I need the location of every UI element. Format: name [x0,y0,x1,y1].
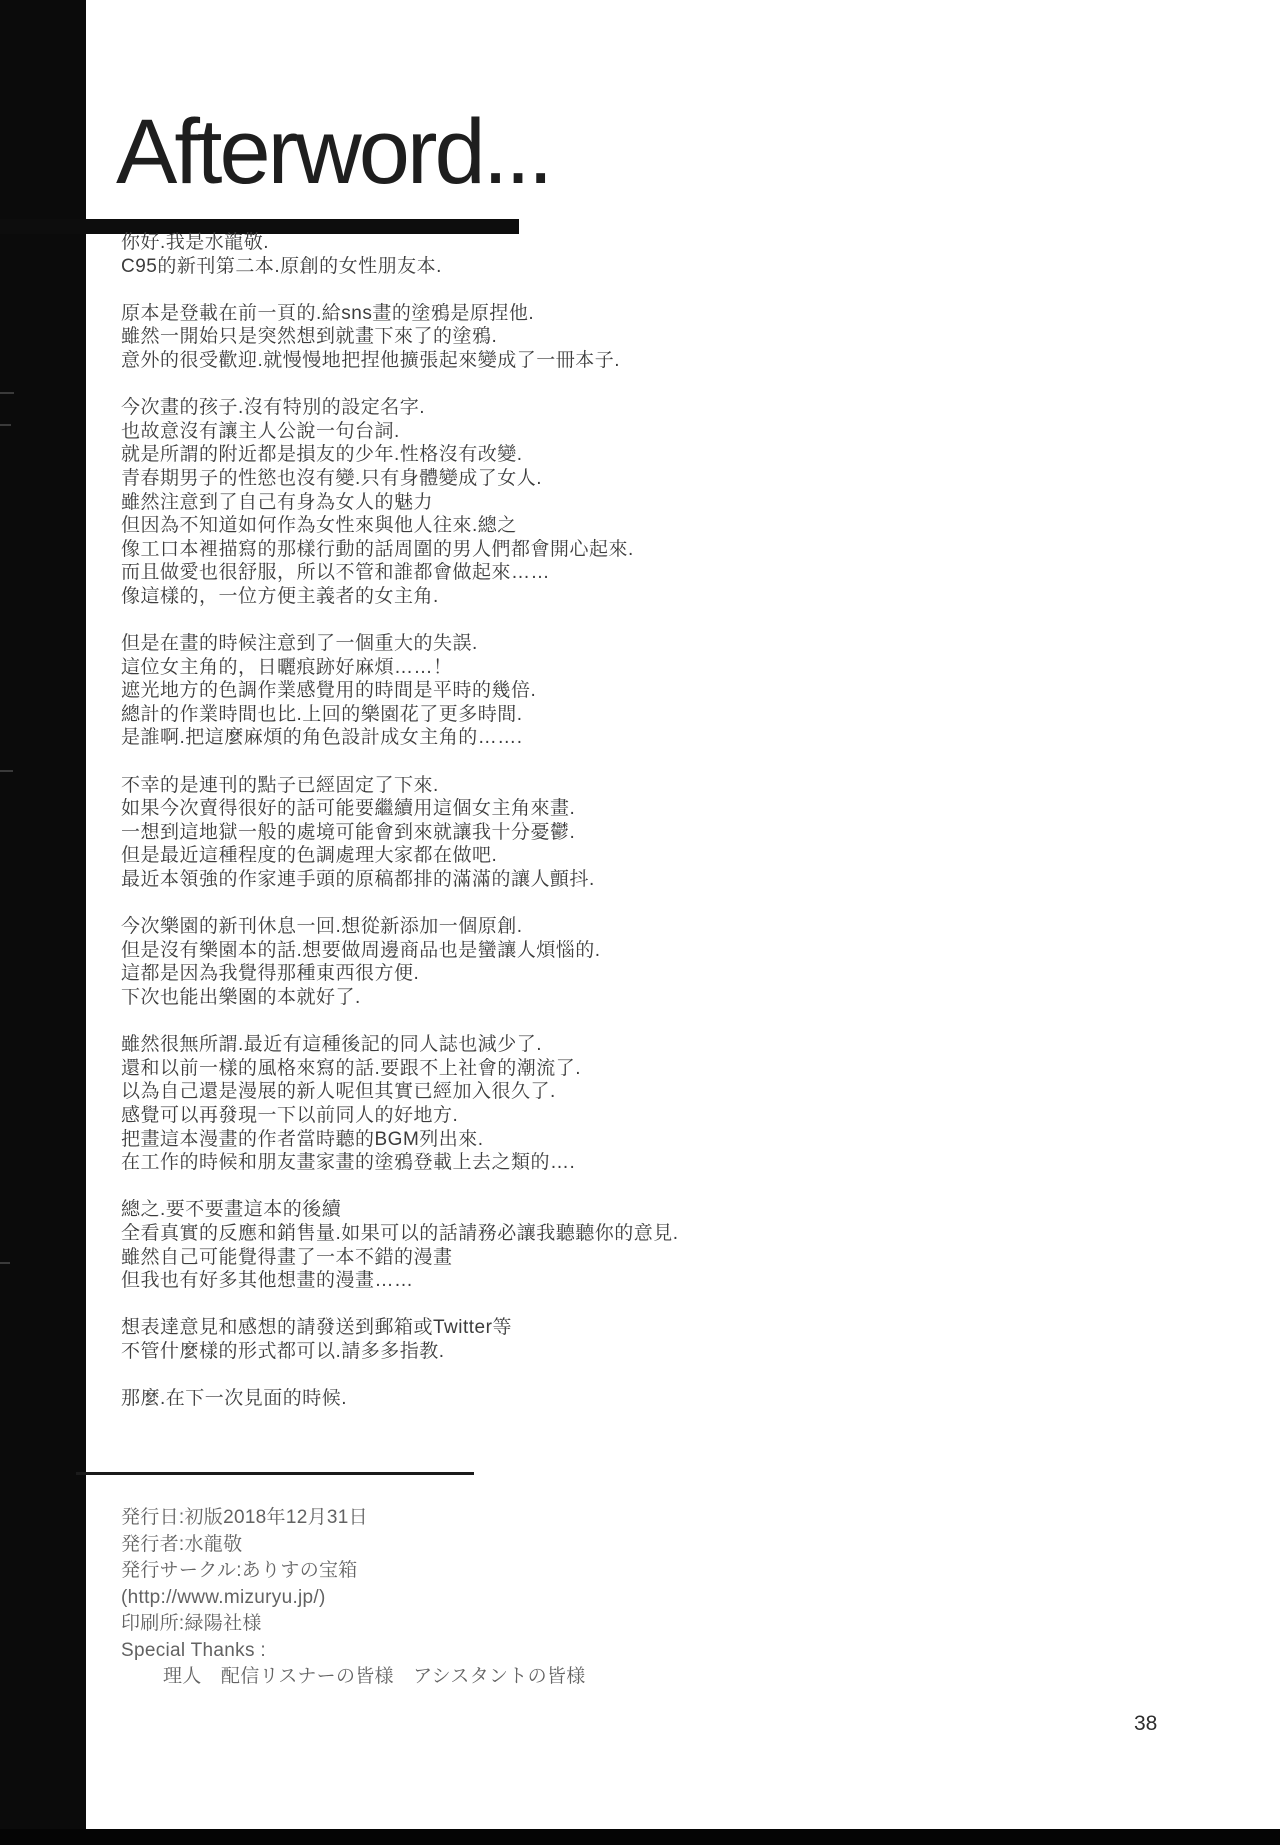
afterword-line: 但我也有好多其他想畫的漫畫…… [121,1269,1101,1293]
afterword-line: C95的新刊第二本.原創的女性朋友本. [121,255,1101,279]
colophon-line: 発行サークル:ありすの宝箱 [121,1558,821,1585]
page-number: 38 [1134,1712,1157,1736]
afterword-line: 這都是因為我覺得那種東西很方便. [121,962,1101,986]
afterword-line: 原本是登載在前一頁的.給sns畫的塗鴉是原捏他. [121,302,1101,326]
afterword-line: 意外的很受歡迎.就慢慢地把捏他擴張起來變成了一冊本子. [121,349,1101,373]
colophon-thanks-line: 理人 配信リスナーの皆様 アシスタントの皆様 [121,1664,821,1691]
afterword-line: 把畫這本漫畫的作者當時聽的BGM列出來. [121,1128,1101,1152]
afterword-line: 但是最近這種程度的色調處理大家都在做吧. [121,844,1101,868]
afterword-line: 是誰啊.把這麼麻煩的角色設計成女主角的……. [121,726,1101,750]
afterword-line: 雖然自己可能覺得畫了一本不錯的漫畫 [121,1246,1101,1270]
colophon-divider-line [76,1472,474,1475]
afterword-paragraph: 那麼.在下一次見面的時候. [121,1387,1101,1411]
afterword-body: 你好.我是水龍敬. C95的新刊第二本.原創的女性朋友本. 原本是登載在前一頁的… [121,231,1101,1434]
afterword-line: 下次也能出樂園的本就好了. [121,986,1101,1010]
afterword-line: 一想到這地獄一般的處境可能會到來就讓我十分憂鬱. [121,821,1101,845]
colophon-line: 発行日:初版2018年12月31日 [121,1505,821,1532]
colophon-website-line: (http://www.mizuryu.jp/) [121,1585,821,1612]
afterword-paragraph: 今次畫的孩子.沒有特別的設定名字. 也故意沒有讓主人公說一句台詞. 就是所謂的附… [121,396,1101,608]
afterword-line: 還和以前一樣的風格來寫的話.要跟不上社會的潮流了. [121,1057,1101,1081]
afterword-paragraph: 雖然很無所謂.最近有這種後記的同人誌也減少了. 還和以前一樣的風格來寫的話.要跟… [121,1033,1101,1175]
afterword-line: 不幸的是連刊的點子已經固定了下來. [121,774,1101,798]
afterword-line: 最近本領強的作家連手頭的原稿都排的滿滿的讓人顫抖. [121,868,1101,892]
afterword-line: 想表達意見和感想的請發送到郵箱或Twitter等 [121,1316,1101,1340]
afterword-line: 雖然一開始只是突然想到就畫下來了的塗鴉. [121,325,1101,349]
afterword-line: 像這樣的，一位方便主義者的女主角. [121,585,1101,609]
afterword-paragraph: 總之.要不要畫這本的後續 全看真實的反應和銷售量.如果可以的話請務必讓我聽聽你的… [121,1198,1101,1292]
afterword-line: 以為自己還是漫展的新人呢但其實已經加入很久了. [121,1080,1101,1104]
bottom-margin-bar [0,1829,1280,1845]
left-margin-bar [0,0,86,1845]
page-title: Afterword... [116,102,550,202]
afterword-line: 今次畫的孩子.沒有特別的設定名字. [121,396,1101,420]
afterword-line: 雖然很無所謂.最近有這種後記的同人誌也減少了. [121,1033,1101,1057]
afterword-line: 青春期男子的性慾也沒有變.只有身體變成了女人. [121,467,1101,491]
scan-artifact [0,424,11,426]
afterword-paragraph: 想表達意見和感想的請發送到郵箱或Twitter等 不管什麼樣的形式都可以.請多多… [121,1316,1101,1363]
afterword-line: 你好.我是水龍敬. [121,231,1101,255]
afterword-line: 像工口本裡描寫的那樣行動的話周圍的男人們都會開心起來. [121,538,1101,562]
afterword-paragraph: 不幸的是連刊的點子已經固定了下來. 如果今次賣得很好的話可能要繼續用這個女主角來… [121,774,1101,892]
afterword-line: 如果今次賣得很好的話可能要繼續用這個女主角來畫. [121,797,1101,821]
scan-artifact [0,1262,10,1264]
colophon: 発行日:初版2018年12月31日 発行者:水龍敬 発行サークル:ありすの宝箱 … [121,1505,821,1691]
afterword-line: 總計的作業時間也比.上回的樂園花了更多時間. [121,703,1101,727]
scan-artifact [0,770,13,772]
afterword-line: 總之.要不要畫這本的後續 [121,1198,1101,1222]
afterword-line: 感覺可以再發現一下以前同人的好地方. [121,1104,1101,1128]
colophon-line: Special Thanks : [121,1638,821,1665]
afterword-paragraph: 今次樂園的新刊休息一回.想從新添加一個原創. 但是沒有樂園本的話.想要做周邊商品… [121,915,1101,1009]
afterword-line: 雖然注意到了自己有身為女人的魅力 [121,491,1101,515]
afterword-line: 在工作的時候和朋友畫家畫的塗鴉登載上去之類的…. [121,1151,1101,1175]
colophon-line: 印刷所:緑陽社様 [121,1611,821,1638]
afterword-line: 遮光地方的色調作業感覺用的時間是平時的幾倍. [121,679,1101,703]
afterword-line: 但因為不知道如何作為女性來與他人往來.總之 [121,514,1101,538]
colophon-line: 発行者:水龍敬 [121,1532,821,1559]
afterword-line: 今次樂園的新刊休息一回.想從新添加一個原創. [121,915,1101,939]
afterword-paragraph: 但是在畫的時候注意到了一個重大的失誤. 這位女主角的，日曬痕跡好麻煩……！ 遮光… [121,632,1101,750]
afterword-line: 也故意沒有讓主人公說一句台詞. [121,420,1101,444]
afterword-paragraph: 原本是登載在前一頁的.給sns畫的塗鴉是原捏他. 雖然一開始只是突然想到就畫下來… [121,302,1101,373]
afterword-paragraph: 你好.我是水龍敬. C95的新刊第二本.原創的女性朋友本. [121,231,1101,278]
afterword-line: 但是沒有樂園本的話.想要做周邊商品也是蠻讓人煩惱的. [121,939,1101,963]
afterword-line: 就是所謂的附近都是損友的少年.性格沒有改變. [121,443,1101,467]
afterword-line: 全看真實的反應和銷售量.如果可以的話請務必讓我聽聽你的意見. [121,1222,1101,1246]
scan-artifact [0,392,14,394]
afterword-line: 但是在畫的時候注意到了一個重大的失誤. [121,632,1101,656]
afterword-line: 這位女主角的，日曬痕跡好麻煩……！ [121,656,1101,680]
afterword-line: 那麼.在下一次見面的時候. [121,1387,1101,1411]
afterword-line: 而且做愛也很舒服，所以不管和誰都會做起來…… [121,561,1101,585]
afterword-line: 不管什麼樣的形式都可以.請多多指教. [121,1340,1101,1364]
